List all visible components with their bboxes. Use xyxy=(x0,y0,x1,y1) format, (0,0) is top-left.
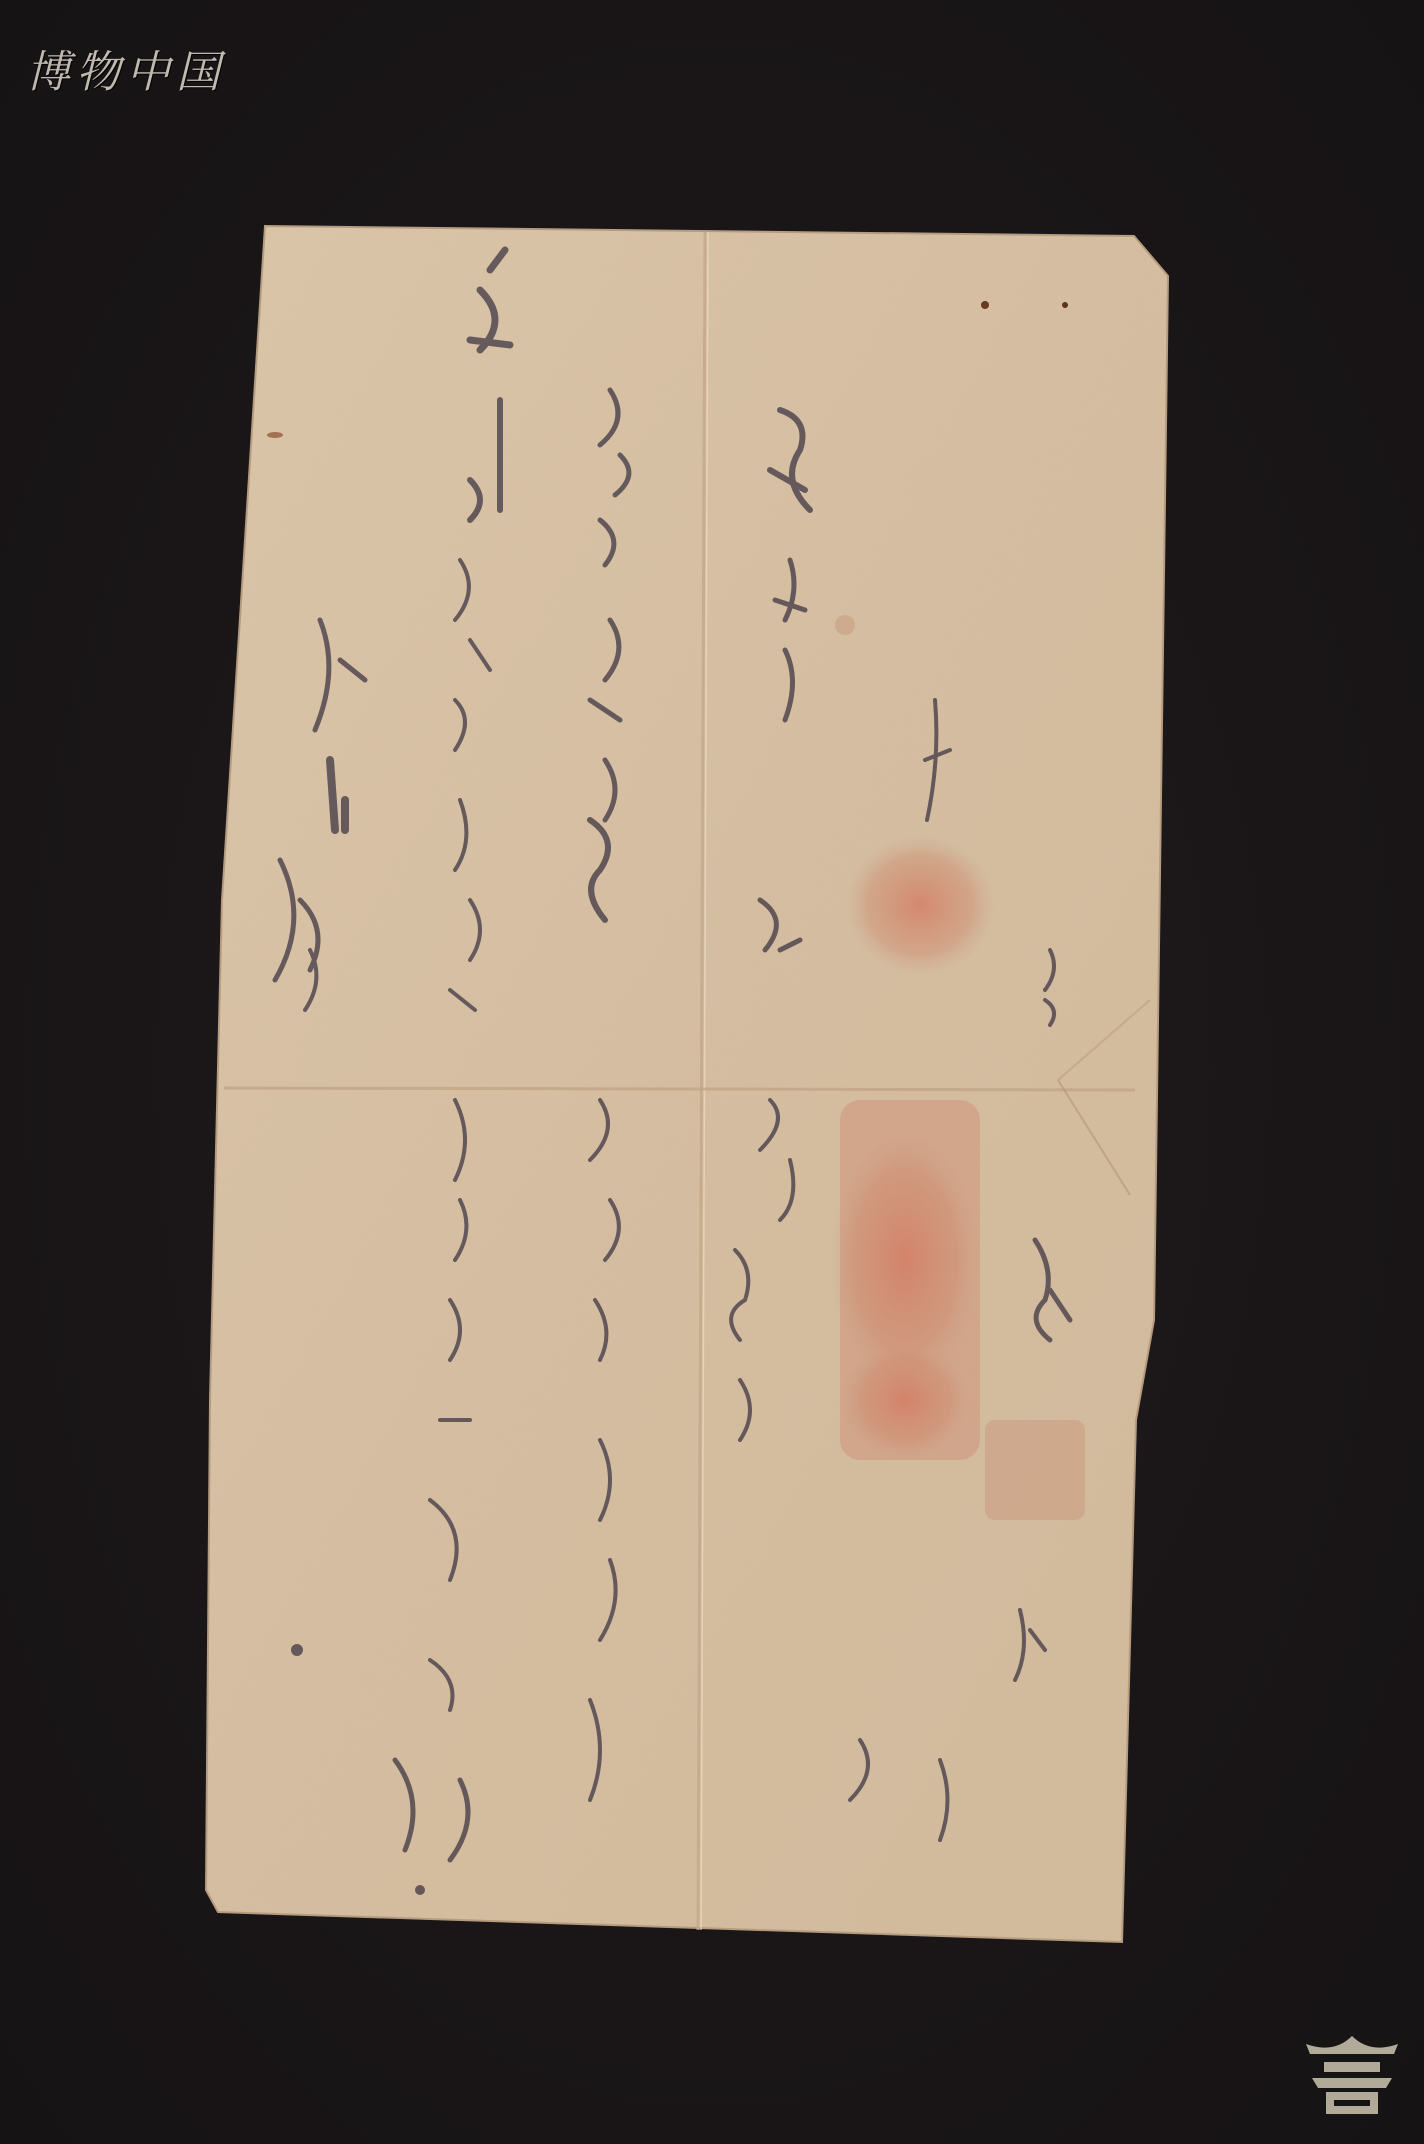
horizontal-fold xyxy=(224,1088,1135,1090)
seal-stamp-upper xyxy=(845,835,995,975)
aged-paper xyxy=(0,0,1424,2144)
document-photo xyxy=(0,0,1424,2144)
seal-stamp-small xyxy=(985,1420,1085,1520)
pavilion-logo-icon xyxy=(1304,2030,1400,2120)
